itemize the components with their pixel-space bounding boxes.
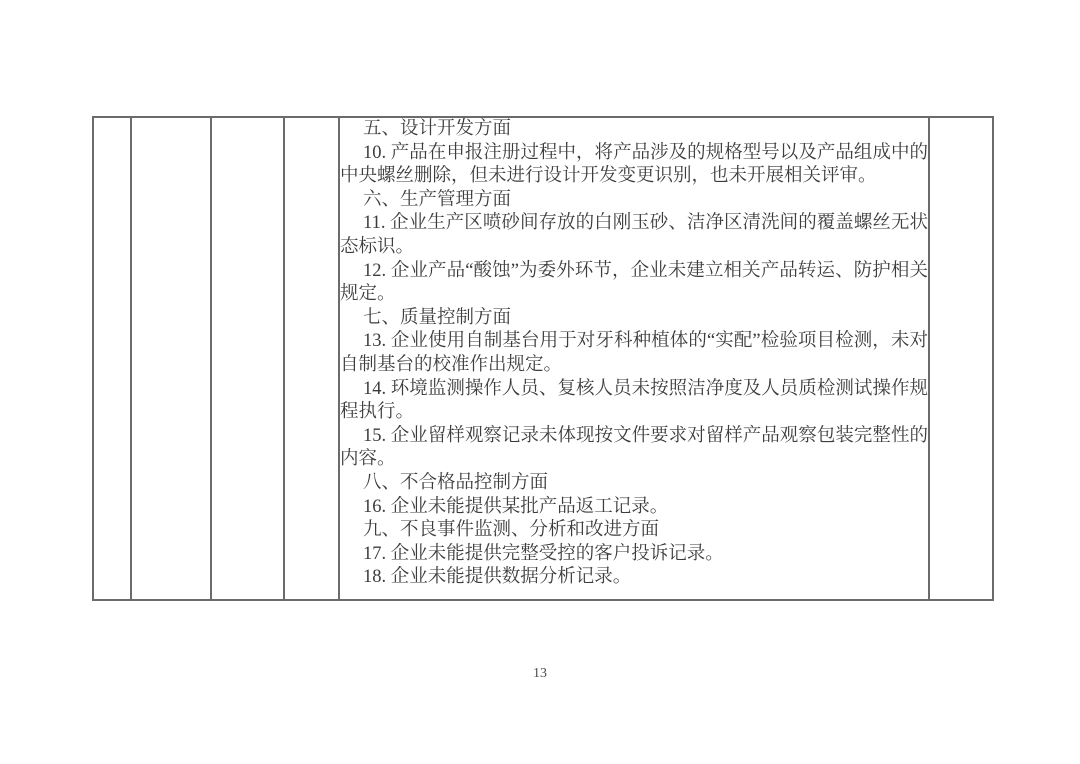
- empty-cell-3: [211, 117, 284, 600]
- empty-cell-4: [284, 117, 339, 600]
- finding-item: 10. 产品在申报注册过程中，将产品涉及的规格型号以及产品组成中的中央螺丝删除，…: [340, 142, 928, 189]
- findings-cell: 五、设计开发方面10. 产品在申报注册过程中，将产品涉及的规格型号以及产品组成中…: [339, 117, 929, 600]
- finding-item: 16. 企业未能提供某批产品返工记录。: [340, 496, 928, 520]
- section-heading: 七、质量控制方面: [340, 307, 928, 331]
- section-heading: 六、生产管理方面: [340, 189, 928, 213]
- findings-text: 五、设计开发方面10. 产品在申报注册过程中，将产品涉及的规格型号以及产品组成中…: [340, 118, 928, 590]
- finding-item: 17. 企业未能提供完整受控的客户投诉记录。: [340, 543, 928, 567]
- finding-item: 15. 企业留样观察记录未体现按文件要求对留样产品观察包装完整性的内容。: [340, 425, 928, 472]
- section-heading: 九、不良事件监测、分析和改进方面: [340, 519, 928, 543]
- page-number: 13: [0, 666, 1080, 682]
- empty-cell-1: [93, 117, 131, 600]
- empty-cell-2: [131, 117, 211, 600]
- findings-table: 五、设计开发方面10. 产品在申报注册过程中，将产品涉及的规格型号以及产品组成中…: [92, 116, 994, 601]
- section-heading: 八、不合格品控制方面: [340, 472, 928, 496]
- document-page: 五、设计开发方面10. 产品在申报注册过程中，将产品涉及的规格型号以及产品组成中…: [0, 0, 1080, 764]
- finding-item: 18. 企业未能提供数据分析记录。: [340, 566, 928, 590]
- finding-item: 12. 企业产品“酸蚀”为委外环节，企业未建立相关产品转运、防护相关规定。: [340, 260, 928, 307]
- section-heading: 五、设计开发方面: [340, 118, 928, 142]
- finding-item: 11. 企业生产区喷砂间存放的白刚玉砂、洁净区清洗间的覆盖螺丝无状态标识。: [340, 212, 928, 259]
- finding-item: 13. 企业使用自制基台用于对牙科种植体的“实配”检验项目检测，未对自制基台的校…: [340, 330, 928, 377]
- finding-item: 14. 环境监测操作人员、复核人员未按照洁净度及人员质检测试操作规程执行。: [340, 378, 928, 425]
- table-row: 五、设计开发方面10. 产品在申报注册过程中，将产品涉及的规格型号以及产品组成中…: [93, 117, 993, 600]
- empty-cell-6: [929, 117, 993, 600]
